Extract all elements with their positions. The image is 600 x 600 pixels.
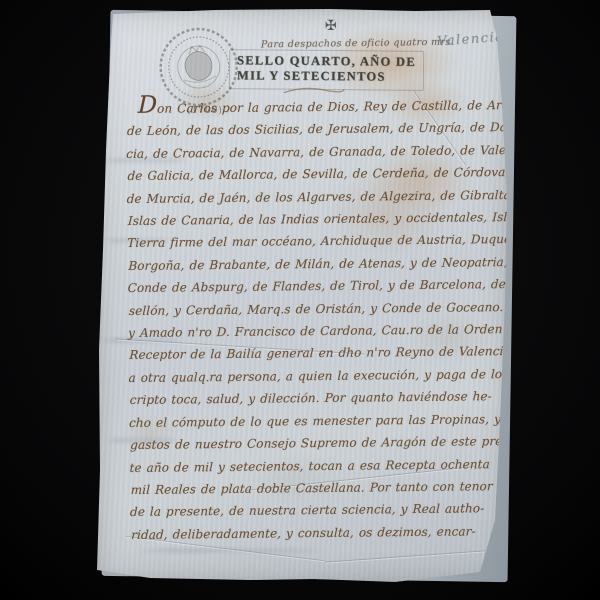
crease-line [325,550,485,562]
stamp-line-1: SELLO QUARTO, AÑO DE [237,53,416,70]
flourish-icon [282,85,346,96]
place-annotation: Valencia [437,30,505,50]
cross-icon: ✠ [325,18,337,34]
photo-background: ✠ Para despachos de oficio quatro mrs. V… [0,0,600,600]
tax-stamp-box: SELLO QUARTO, AÑO DE MIL Y SETECIENTOS [229,49,424,91]
office-annotation: Para despachos de oficio quatro mrs. [261,37,461,51]
document-page: ✠ Para despachos de oficio quatro mrs. V… [95,8,510,584]
manuscript-body: Don Carlos por la gracia de Dios, Rey de… [126,94,515,546]
manuscript-line: gastos de nuestro Consejo Supremo de Ara… [130,430,515,456]
manuscript-line: ridad, deliberadamente, y consulta, os d… [131,520,516,546]
stamp-line-2: MIL Y SETECIENTOS [237,68,416,85]
